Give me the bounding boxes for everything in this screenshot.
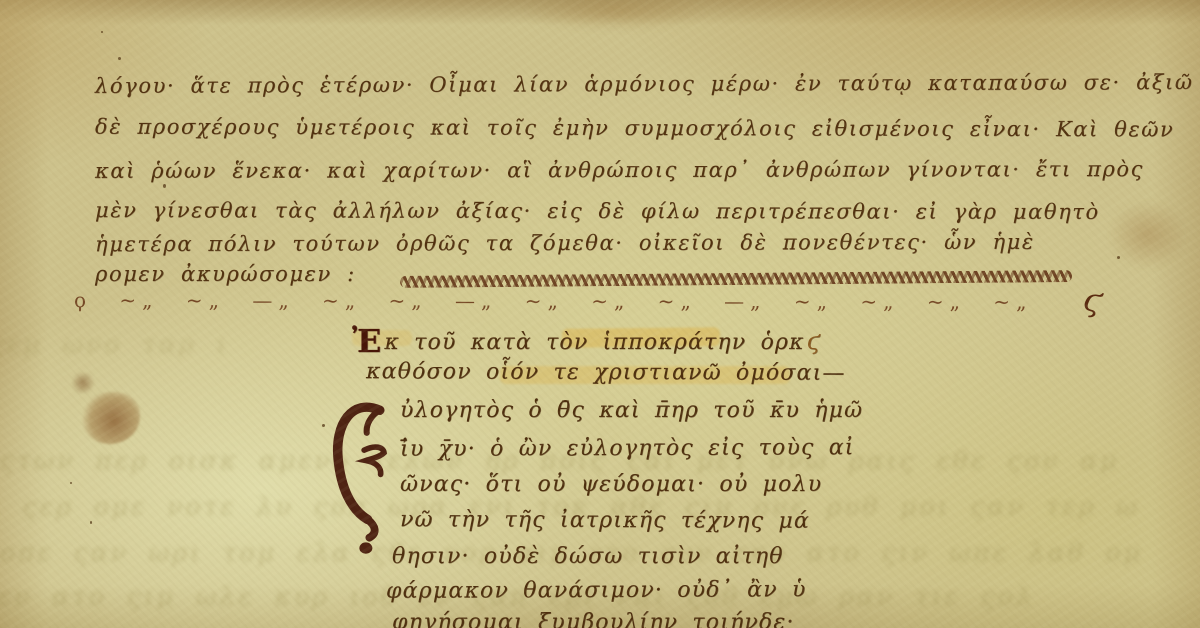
ink-speck bbox=[101, 31, 103, 33]
oath-line: θησιν· οὐδὲ δώσω τισὶν αἰτηθ bbox=[392, 544, 784, 569]
manuscript-line: δὲ προσχέρους ὑμετέροις καὶ τοῖς ἐμὴν συ… bbox=[95, 115, 1174, 142]
ink-stain bbox=[70, 372, 96, 394]
line-end-flourish: ϛ bbox=[807, 327, 822, 355]
manuscript-line: ἡμετέρα πόλιν τούτων ὀρθῶς τα ζόμεθα· οἰ… bbox=[95, 230, 1035, 256]
ink-stain bbox=[82, 392, 140, 444]
ink-speck bbox=[90, 521, 92, 524]
oath-title-line: Ἐκ τοῦ κατὰ τὸν ἱπποκράτην ὁρκϛ bbox=[352, 322, 821, 360]
section-initial: Ἐ bbox=[352, 322, 381, 360]
manuscript-line: μὲν γίνεσθαι τὰς ἀλλήλων ἀξίας· εἰς δὲ φ… bbox=[95, 198, 1100, 224]
manuscript-page-photo: ςεμ ωνο ταρ ι ςτων περ οισκ αμενο τελων … bbox=[0, 0, 1200, 628]
ink-speck bbox=[1117, 256, 1120, 259]
manuscript-line: λόγου· ἅτε πρὸς ἑτέρων· Οἶμαι λίαν ἁρμόν… bbox=[95, 70, 1194, 98]
illuminated-initial-epsilon bbox=[326, 384, 404, 570]
oath-line: ἰ̄υ χ̄υ· ὁ ὢν εὐλογητὸς εἰς τοὺς αἰ bbox=[400, 435, 855, 462]
divider-end-flourish: ϛ bbox=[1080, 280, 1105, 321]
manuscript-line: καὶ ῥώων ἕνεκα· καὶ χαρίτων· αἳ ἀνθρώποι… bbox=[95, 157, 1144, 183]
squiggle-divider-ornament: ϙ ~„ ~„ —„ ~„ ~„ —„ ~„ ~„ ~„ —„ ~„ ~„ ~„… bbox=[74, 288, 1114, 314]
oath-line: καθόσον οἷόν τε χριστιανῶ ὀμόσαι— bbox=[366, 359, 846, 386]
parchment-stain bbox=[520, 0, 710, 32]
ink-speck bbox=[322, 424, 325, 427]
ink-speck bbox=[70, 482, 72, 484]
braided-chain-ornament bbox=[400, 270, 1072, 288]
oath-line: φηγήσομαι ξυμβουλίην τοιήνδε· bbox=[392, 610, 795, 628]
oath-line: φάρμακον θανάσιμον· οὐδ᾽ ἂν ὑ bbox=[386, 577, 807, 603]
parchment-stain bbox=[1108, 200, 1188, 270]
oath-line: νῶ τὴν τῆς ἰατρικῆς τέχνης μά bbox=[400, 507, 810, 533]
oath-line: ῶνας· ὅτι οὐ ψεύδομαι· οὐ μολυ bbox=[400, 472, 822, 497]
oath-title-text: κ τοῦ κατὰ τὸν ἱπποκράτην ὁρκ bbox=[384, 330, 804, 355]
ink-speck bbox=[118, 57, 121, 60]
bleedthrough-text: ςεμ ωνο ταρ ι bbox=[0, 330, 310, 359]
manuscript-closing-line: ρομεν ἀκυρώσομεν : bbox=[95, 262, 356, 286]
oath-line: ὐλογητὸς ὁ θ̄ς καὶ π̄ηρ τοῦ κ̄υ ἡμῶ bbox=[400, 398, 863, 423]
ink-speck bbox=[163, 184, 166, 188]
